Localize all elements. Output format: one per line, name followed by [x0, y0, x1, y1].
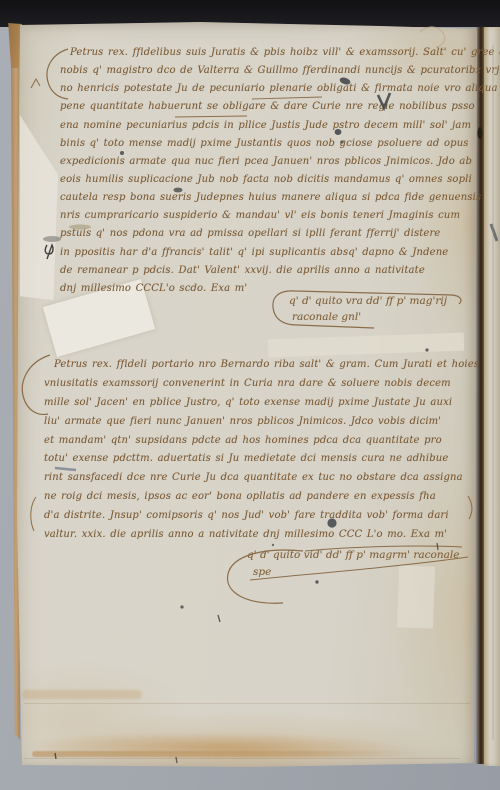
- manuscript-photo: Petrus rex. ffidelibus suis Juratis & pb…: [0, 0, 500, 790]
- stain-left: [22, 690, 142, 699]
- facing-page-edge: [483, 27, 500, 766]
- text-line: eois humilis suplicacione Jub nob facta …: [60, 174, 476, 192]
- crease-line: [24, 758, 460, 759]
- text-line: liu' armate que fieri nunc Januen' nros …: [44, 416, 472, 435]
- entry-2-text-block: Petrus rex. ffideli portario nro Bernard…: [44, 359, 472, 548]
- marginal-note-1-line1: q' d' quito vra dd' ff p' mag'rij: [289, 295, 447, 307]
- text-line: mille sol' Jacen' en pblice Justro, q' t…: [44, 397, 472, 416]
- marginal-note-2-line1: q' d' quito vid' dd' ff p' magrm' racona…: [247, 549, 459, 561]
- text-line: ne roig dci mesis, ipsos ac eor' bona op…: [44, 491, 472, 510]
- repair-patch-right: [397, 565, 435, 628]
- text-line: expedicionis armate qua nuc fieri pcea J…: [60, 156, 476, 174]
- text-line: no henricis potestate Ju de pecuniario p…: [60, 83, 476, 101]
- text-line: nobis q' magistro dco de Valterra & Guil…: [60, 65, 476, 83]
- crease-line: [24, 703, 470, 704]
- entry-1-text-block: Petrus rex. ffidelibus suis Juratis & pb…: [60, 47, 476, 301]
- marginal-note-2-line2: spe: [253, 566, 271, 578]
- page-gutter-shadow: [476, 27, 484, 764]
- stain-streak: [32, 751, 420, 757]
- text-line: Petrus rex. ffideli portario nro Bernard…: [54, 359, 472, 378]
- text-line: Petrus rex. ffidelibus suis Juratis & pb…: [70, 47, 476, 65]
- text-line: pene quantitate habuerunt se obligare & …: [60, 101, 476, 119]
- text-line: valtur. xxix. die aprilis anno a nativit…: [44, 529, 472, 548]
- text-line: d'a distrite. Jnsup' comipsoris q' nos J…: [44, 510, 472, 529]
- text-line: de remanear p pdcis. Dat' Valent' xxvij.…: [60, 265, 476, 283]
- text-line: ena nomine pecuniarius pdcis in pllice J…: [60, 120, 476, 138]
- text-line: nris cumpraricario suspiderio & mandau' …: [60, 210, 476, 228]
- text-line: et mandam' qtn' supsidans pdcte ad hos h…: [44, 435, 472, 454]
- text-line: cautela resp bona sueris Judepnes huius …: [60, 192, 476, 210]
- backdrop-black-top: [0, 0, 500, 27]
- text-line: totu' exense pdcttm. aduertatis si Ju me…: [44, 453, 472, 472]
- marginal-note-1-line2: raconale gnl': [292, 311, 361, 323]
- text-line: vniusitatis examssorij convenerint in Cu…: [44, 378, 472, 397]
- text-line: binis q' toto mense madij pxime Justanti…: [60, 138, 476, 156]
- text-line: in ppositis har d'a ffrancis' talit' q' …: [60, 247, 476, 265]
- text-line: pstuis q' nos pdona vra ad pmissa opella…: [60, 228, 476, 246]
- text-line: rint sansfacedi dce nre Curie Ju dca qua…: [44, 472, 472, 491]
